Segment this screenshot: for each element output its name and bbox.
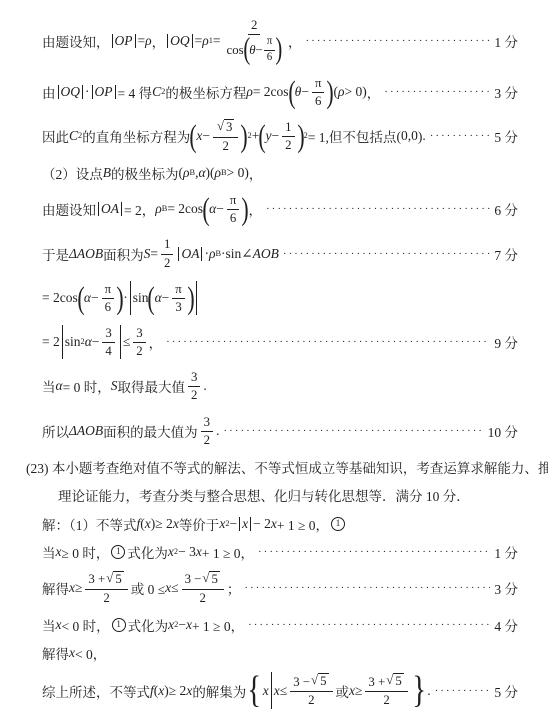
text: − <box>202 128 210 144</box>
absolute-value: OA <box>96 201 124 217</box>
close-paren: ) <box>242 193 249 225</box>
score-label: 5 分 <box>494 681 518 701</box>
math-var: ρ <box>202 33 208 49</box>
text: 3 + <box>368 674 385 690</box>
square-root: √5 <box>386 673 403 689</box>
vertical-bar <box>115 85 116 99</box>
text: 解得 <box>42 578 69 598</box>
text: 2 <box>136 343 142 359</box>
fraction: 3 + √52 <box>365 673 407 707</box>
text: 3 − <box>185 571 202 587</box>
text: 式化为 <box>128 615 169 635</box>
text: 于是 <box>42 244 69 264</box>
text: = 2cos <box>253 84 289 100</box>
text: 6 <box>230 210 236 226</box>
open-paren: ( <box>202 193 209 225</box>
text: − <box>162 290 170 306</box>
text: = <box>213 33 221 49</box>
score-label: 9 分 <box>494 332 518 352</box>
math-var: OA <box>181 246 199 262</box>
paren-group: (α − π6) <box>78 280 123 316</box>
vertical-bar <box>192 34 193 48</box>
text: 解得 <box>42 643 69 663</box>
score-label: 5 分 <box>494 126 518 146</box>
text: （2）设点 <box>42 163 103 183</box>
text: 1 <box>164 236 170 252</box>
text: = <box>150 246 158 262</box>
absolute-value: OP <box>90 84 118 100</box>
text: cos <box>227 42 244 58</box>
text: 面积的最大值为 <box>103 421 198 441</box>
paren-group: (0,0) <box>396 128 422 144</box>
circled-number: 1 <box>111 545 125 559</box>
text: ·sin∠ <box>221 246 253 262</box>
math-var: x <box>263 683 269 699</box>
text: − <box>230 516 238 532</box>
math-var: ΔAOB <box>69 246 103 262</box>
absolute-value: OP <box>110 33 138 49</box>
vertical-bar <box>120 325 121 359</box>
open-paren: ( <box>190 120 197 152</box>
score-label: 4 分 <box>494 615 518 635</box>
step-area-formula: 于是 ΔAOB 面积为 S = 12OA·ρB·sin∠AOB·········… <box>42 235 518 271</box>
fraction: √32 <box>213 119 238 153</box>
fraction: 3 + √52 <box>85 571 127 605</box>
math-var: S <box>144 246 151 262</box>
text: = 2， <box>124 199 155 219</box>
step-area-expand: = 2cos(α − π6)·sin(α − π3) <box>42 280 518 316</box>
vertical-bar <box>130 281 131 315</box>
text: 2 <box>200 590 206 606</box>
text: 3 − <box>293 674 310 690</box>
paren-group: (α − π3) <box>148 280 193 316</box>
dot-leader: ········································… <box>283 248 491 260</box>
text: 5 <box>395 674 401 688</box>
text: ； <box>227 578 241 598</box>
fraction: 3 − √52 <box>290 673 332 707</box>
square-root: √5 <box>202 571 219 587</box>
text: 由 <box>42 82 56 102</box>
text: 当 <box>42 542 56 562</box>
open-paren: ( <box>148 282 155 314</box>
text: 2 <box>222 138 228 154</box>
text: = 2cos <box>42 290 78 306</box>
text: 面积为 <box>103 244 144 264</box>
text: ， <box>249 163 263 183</box>
text: + 1 ≥ 0， <box>192 615 244 635</box>
absolute-value: sin(α − π3) <box>128 280 199 316</box>
step-rect-equation-c2: 因此 C2 的直角坐标方程为(x − √32)2 + (y − 12)2 = 1… <box>42 118 518 154</box>
text: ， <box>367 82 381 102</box>
open-paren: ( <box>259 120 266 152</box>
vertical-bar <box>196 281 197 315</box>
text: = 4 得 <box>118 82 153 102</box>
text: . <box>203 378 206 394</box>
text: < 0， <box>75 643 106 663</box>
text: 的极坐标为 <box>111 163 179 183</box>
text: ≤ <box>123 334 130 350</box>
vertical-bar <box>250 517 251 531</box>
text: 所以 <box>42 421 69 441</box>
text: ≥ 2 <box>169 683 187 699</box>
vertical-bar <box>98 202 99 216</box>
text: ≥ 2 <box>155 516 173 532</box>
paren-group: (θ − π6) <box>244 35 282 65</box>
vertical-bar <box>92 85 93 99</box>
text: ≤ <box>171 580 178 596</box>
text: π <box>105 281 111 297</box>
fraction: π6 <box>264 35 276 65</box>
text: = 2 <box>42 334 60 350</box>
score-label: 3 分 <box>494 82 518 102</box>
math-var: OQ <box>61 84 81 100</box>
absolute-value: sin2α − 34 <box>60 324 123 360</box>
answer-document: 由题设知，OP = ρ，OQ = ρ1 = 2cos(θ − π6)，·····… <box>0 0 548 724</box>
absolute-value: OA <box>176 246 204 262</box>
text: 的直角坐标方程为 <box>82 126 190 146</box>
vertical-bar <box>271 672 272 708</box>
text: 4 <box>105 343 111 359</box>
absolute-value: OQ <box>165 33 195 49</box>
dot-leader: ········································… <box>384 86 490 98</box>
text: 2 <box>383 692 389 708</box>
radical-sign: √ <box>386 673 393 687</box>
text: 2 <box>308 692 314 708</box>
score-label: 1 分 <box>494 31 518 51</box>
text: ≤ <box>280 683 287 699</box>
step-area-bound: = 2sin2α − 34 ≤ 32，·····················… <box>42 324 518 360</box>
text: 的极坐标方程 <box>165 82 246 102</box>
close-paren: ) <box>241 120 248 152</box>
text: 当 <box>42 376 56 396</box>
text: 由题设知， <box>42 31 110 51</box>
text: 3 <box>191 369 197 385</box>
fraction: 12 <box>282 119 294 153</box>
fraction: π6 <box>312 75 324 109</box>
circled-number: 1 <box>112 618 126 632</box>
step-part2-setup: （2）设点 B 的极坐标为(ρB,α)(ρB > 0)， <box>42 163 518 183</box>
vertical-bar <box>82 85 83 99</box>
text: − 2 <box>253 516 271 532</box>
text: = 1,但不包括点 <box>308 126 397 146</box>
vertical-bar <box>62 325 63 359</box>
text: − <box>92 334 100 350</box>
vertical-bar <box>135 34 136 48</box>
paren-group: (x − √32) <box>190 118 247 154</box>
square-root: √3 <box>217 119 234 135</box>
text: 3 <box>175 299 181 315</box>
text: 3 <box>105 325 111 341</box>
text: 6 <box>267 51 273 65</box>
text: . <box>427 683 430 699</box>
close-paren: ) <box>276 35 283 65</box>
fraction: π3 <box>172 281 184 315</box>
paren-group: (θ − π6) <box>289 74 334 110</box>
fraction: 32 <box>188 369 200 403</box>
vertical-bar <box>178 247 179 261</box>
text: 5 <box>320 674 326 688</box>
dot-leader: ········································… <box>435 685 491 697</box>
text: ≥ <box>355 683 362 699</box>
text: 或 <box>336 681 350 701</box>
step-polar-equation-c2: 由OQ·OP = 4 得 C2 的极坐标方程 ρ = 2cos(θ − π6)(… <box>42 74 518 110</box>
open-paren: ( <box>288 76 295 108</box>
step-op-oq-setup: 由题设知，OP = ρ，OQ = ρ1 = 2cos(θ − π6)，·····… <box>42 16 518 66</box>
dot-leader: ········································… <box>244 582 490 594</box>
set-notation: {xx ≤ 3 − √52 或x ≥ 3 + √52} <box>246 671 427 709</box>
radical-sign: √ <box>311 673 318 687</box>
math-var: OA <box>101 201 119 217</box>
text: − 3 <box>178 544 196 560</box>
text: > 0 <box>345 84 363 100</box>
fraction: 32 <box>133 325 145 359</box>
text: + 1 ≥ 0， <box>202 542 254 562</box>
fraction: 2cos(θ − π6) <box>224 17 285 65</box>
text: 3 + <box>88 571 105 587</box>
text: = 0 时， <box>63 376 111 396</box>
problem-23-intro-2: 理论证能力，考查分类与整合思想、化归与转化思想等．满分 10 分． <box>58 485 518 505</box>
step-alpha-zero: 当 α = 0 时， S 取得最大值 32. <box>42 368 518 404</box>
step-solve-nonneg: 解得 x ≥ 3 + √52 或 0 ≤ x ≤ 3 − √52；·······… <box>42 570 518 606</box>
close-paren: ) <box>116 282 123 314</box>
step-case-neg: 当 x < 0 时，1式化为 x2 − x + 1 ≥ 0，··········… <box>42 615 518 635</box>
dot-leader: ········································… <box>305 35 490 47</box>
math-var: B <box>103 165 111 181</box>
text: 式化为 <box>127 542 168 562</box>
text: < 0 时， <box>62 615 110 635</box>
text: 2 <box>285 137 291 153</box>
radical-sign: √ <box>217 119 224 133</box>
text: . <box>422 128 425 144</box>
math-var: α <box>155 290 162 306</box>
dot-leader: ········································… <box>248 619 490 631</box>
text: ， <box>288 31 302 51</box>
fraction: 34 <box>102 325 114 359</box>
math-var: α <box>84 290 91 306</box>
paren-group: (ρ > 0) <box>334 84 367 100</box>
close-paren: ) <box>187 282 194 314</box>
dot-leader: ········································… <box>223 425 483 437</box>
text: 当 <box>42 615 56 635</box>
text: 理论证能力，考查分类与整合思想、化归与转化思想等．满分 10 分． <box>58 485 470 505</box>
text: 解：（1）不等式 <box>42 514 137 534</box>
paren-group: (ρB,α) <box>179 165 211 181</box>
text: = 2cos <box>167 201 203 217</box>
score-label: 6 分 <box>494 199 518 219</box>
open-paren: ( <box>243 35 250 65</box>
fraction: 3 − √52 <box>182 571 224 605</box>
absolute-value: x <box>237 516 253 532</box>
dot-leader: ········································… <box>266 203 490 215</box>
text: 1 <box>285 119 291 135</box>
text: 6 <box>315 93 321 109</box>
dot-leader: ········································… <box>166 336 490 348</box>
problem-23-intro-1: (23) 本小题考查绝对值不等式的解法、不等式恒成立等基础知识，考查运算求解能力… <box>26 457 518 477</box>
math-var: ΔAOB <box>69 423 103 439</box>
math-var: α <box>198 165 205 181</box>
text: 综上所述，不等式 <box>42 681 150 701</box>
text: 3 <box>204 414 210 430</box>
math-var: C <box>152 84 161 100</box>
fraction: 32 <box>201 414 213 448</box>
text: − <box>178 617 186 633</box>
square-root: √5 <box>106 571 123 587</box>
text: − <box>91 290 99 306</box>
text: 因此 <box>42 126 69 146</box>
close-paren: ) <box>297 120 304 152</box>
text: − <box>301 84 309 100</box>
vertical-bar <box>58 85 59 99</box>
text: ≥ 0 时， <box>62 542 110 562</box>
text: ， <box>149 332 163 352</box>
text: 5 <box>211 572 217 586</box>
dot-leader: ········································… <box>430 130 491 142</box>
score-label: 3 分 <box>494 578 518 598</box>
text: > 0 <box>227 165 245 181</box>
text: − <box>256 42 263 58</box>
math-var: ρ <box>155 201 161 217</box>
vertical-bar <box>201 247 202 261</box>
score-label: 7 分 <box>494 244 518 264</box>
open-paren: ( <box>77 282 84 314</box>
text: 2 <box>251 17 257 33</box>
score-label: 10 分 <box>488 421 518 441</box>
circled-number: 1 <box>331 517 345 531</box>
dot-leader: ········································… <box>258 546 490 558</box>
text: (23) 本小题考查绝对值不等式的解法、不等式恒成立等基础知识，考查运算求解能力… <box>26 457 548 477</box>
math-var: C <box>69 128 78 144</box>
paren-group: (x) <box>154 683 169 699</box>
text: 3 <box>226 120 232 134</box>
text: . <box>216 423 219 439</box>
math-var: OP <box>95 84 113 100</box>
math-var: α <box>85 334 92 350</box>
text: π <box>175 281 181 297</box>
text: π <box>315 75 321 91</box>
paren-group: (y − 12) <box>259 118 303 154</box>
open-brace: { <box>248 671 262 709</box>
step-inequality-equiv: 解：（1）不等式 f(x) ≥ 2x 等价于 x2 − x − 2x + 1 ≥… <box>42 514 518 534</box>
math-var: α <box>56 378 63 394</box>
vertical-bar <box>239 517 240 531</box>
paren-group: (α − π6) <box>203 191 248 227</box>
text: sin <box>133 290 149 306</box>
radical-sign: √ <box>202 571 209 585</box>
math-var: OP <box>115 33 133 49</box>
text: ， <box>152 31 166 51</box>
radical-sign: √ <box>106 571 113 585</box>
text: = <box>138 33 146 49</box>
text: 2 <box>103 590 109 606</box>
text: 2 <box>204 432 210 448</box>
fraction: 12 <box>161 236 173 270</box>
text: 或 0 ≤ <box>131 578 165 598</box>
math-var: S <box>111 378 118 394</box>
vertical-bar <box>167 34 168 48</box>
text: ， <box>249 199 263 219</box>
text: 的解集为 <box>192 681 246 701</box>
text: π <box>230 192 236 208</box>
text: 6 <box>105 299 111 315</box>
fraction: π6 <box>227 192 239 226</box>
paren-group: (ρB > 0) <box>210 165 249 181</box>
text: 2 <box>164 255 170 271</box>
step-solve-neg: 解得 x < 0， <box>42 643 518 663</box>
close-paren: ) <box>327 76 334 108</box>
step-oa-rhob: 由题设知OA = 2， ρB = 2cos(α − π6)，··········… <box>42 191 518 227</box>
vertical-bar <box>121 202 122 216</box>
text: 由题设知 <box>42 199 96 219</box>
text: − <box>216 201 224 217</box>
square-root: √5 <box>311 673 328 689</box>
vertical-bar <box>112 34 113 48</box>
close-brace: } <box>412 671 426 709</box>
text: − <box>271 128 279 144</box>
text: 取得最大值 <box>117 376 185 396</box>
paren-group: (x) <box>140 516 155 532</box>
step-area-max: 所以 ΔAOB 面积的最大值为 32.·····················… <box>42 413 518 449</box>
text: 3 <box>136 325 142 341</box>
text: sin <box>65 334 81 350</box>
step-case-nonneg: 当 x ≥ 0 时，1式化为 x2 − 3x + 1 ≥ 0，·········… <box>42 542 518 562</box>
fraction: π6 <box>102 281 114 315</box>
math-var: α <box>209 201 216 217</box>
absolute-value: OQ <box>56 84 86 100</box>
math-var: x <box>242 516 248 532</box>
text: ≥ <box>75 580 82 596</box>
math-var: AOB <box>253 246 279 262</box>
text: 5 <box>115 572 121 586</box>
text: 2 <box>191 387 197 403</box>
text: π <box>267 35 273 49</box>
step-solution-set: 综上所述，不等式 f(x) ≥ 2x 的解集为{xx ≤ 3 − √52 或x … <box>42 671 518 709</box>
text: 0,0 <box>401 128 418 144</box>
math-var: OQ <box>170 33 190 49</box>
text: + 1 ≥ 0， <box>277 514 329 534</box>
score-label: 1 分 <box>494 542 518 562</box>
text: 等价于 <box>179 514 220 534</box>
